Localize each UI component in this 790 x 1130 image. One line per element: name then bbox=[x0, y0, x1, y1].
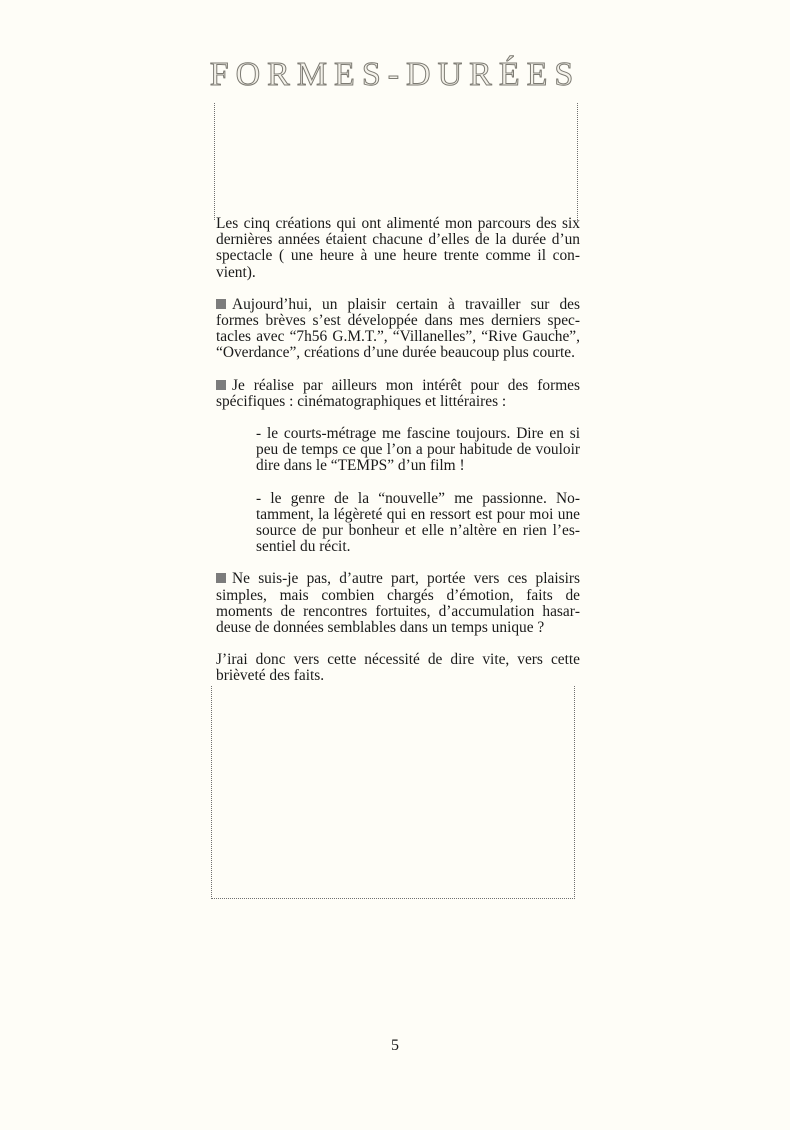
paragraph-intro: Les cinq créations qui ont alimenté mon … bbox=[216, 216, 580, 281]
body-text: Les cinq créations qui ont alimenté mon … bbox=[216, 216, 580, 701]
dotted-square-bullet-icon bbox=[216, 299, 226, 309]
decorative-frame-bottom bbox=[211, 686, 575, 899]
paragraph-plaisirs-simples: Ne suis-je pas, d’autre part, portée ver… bbox=[216, 571, 580, 636]
page-number: 5 bbox=[0, 1037, 790, 1055]
dotted-square-bullet-icon bbox=[216, 573, 226, 583]
paragraph-court-metrage: - le courts-métrage me fascine toujours.… bbox=[256, 426, 580, 475]
paragraph-text: J’irai donc vers cette nécessité de dire… bbox=[216, 651, 580, 684]
paragraph-formes-specifiques: Je réalise par ailleurs mon intérêt pour… bbox=[216, 378, 580, 410]
decorative-frame-top bbox=[214, 103, 578, 220]
paragraph-text: - le courts-métrage me fascine toujours.… bbox=[256, 425, 580, 474]
paragraph-conclusion: J’irai donc vers cette nécessité de dire… bbox=[216, 652, 580, 684]
paragraph-text: Aujourd’hui, un plaisir certain à travai… bbox=[216, 296, 580, 362]
paragraph-nouvelle: - le genre de la “nouvelle” me passionne… bbox=[256, 491, 580, 556]
paragraph-text: Les cinq créations qui ont alimenté mon … bbox=[216, 215, 580, 281]
paragraph-formes-breves: Aujourd’hui, un plaisir certain à travai… bbox=[216, 297, 580, 362]
paragraph-text: - le genre de la “nouvelle” me passionne… bbox=[256, 490, 580, 556]
paragraph-text: Je réalise par ailleurs mon intérêt pour… bbox=[216, 377, 580, 410]
paragraph-text: Ne suis-je pas, d’autre part, portée ver… bbox=[216, 570, 580, 636]
dotted-square-bullet-icon bbox=[216, 380, 226, 390]
page-title: FORMES-DURÉES bbox=[0, 58, 790, 92]
